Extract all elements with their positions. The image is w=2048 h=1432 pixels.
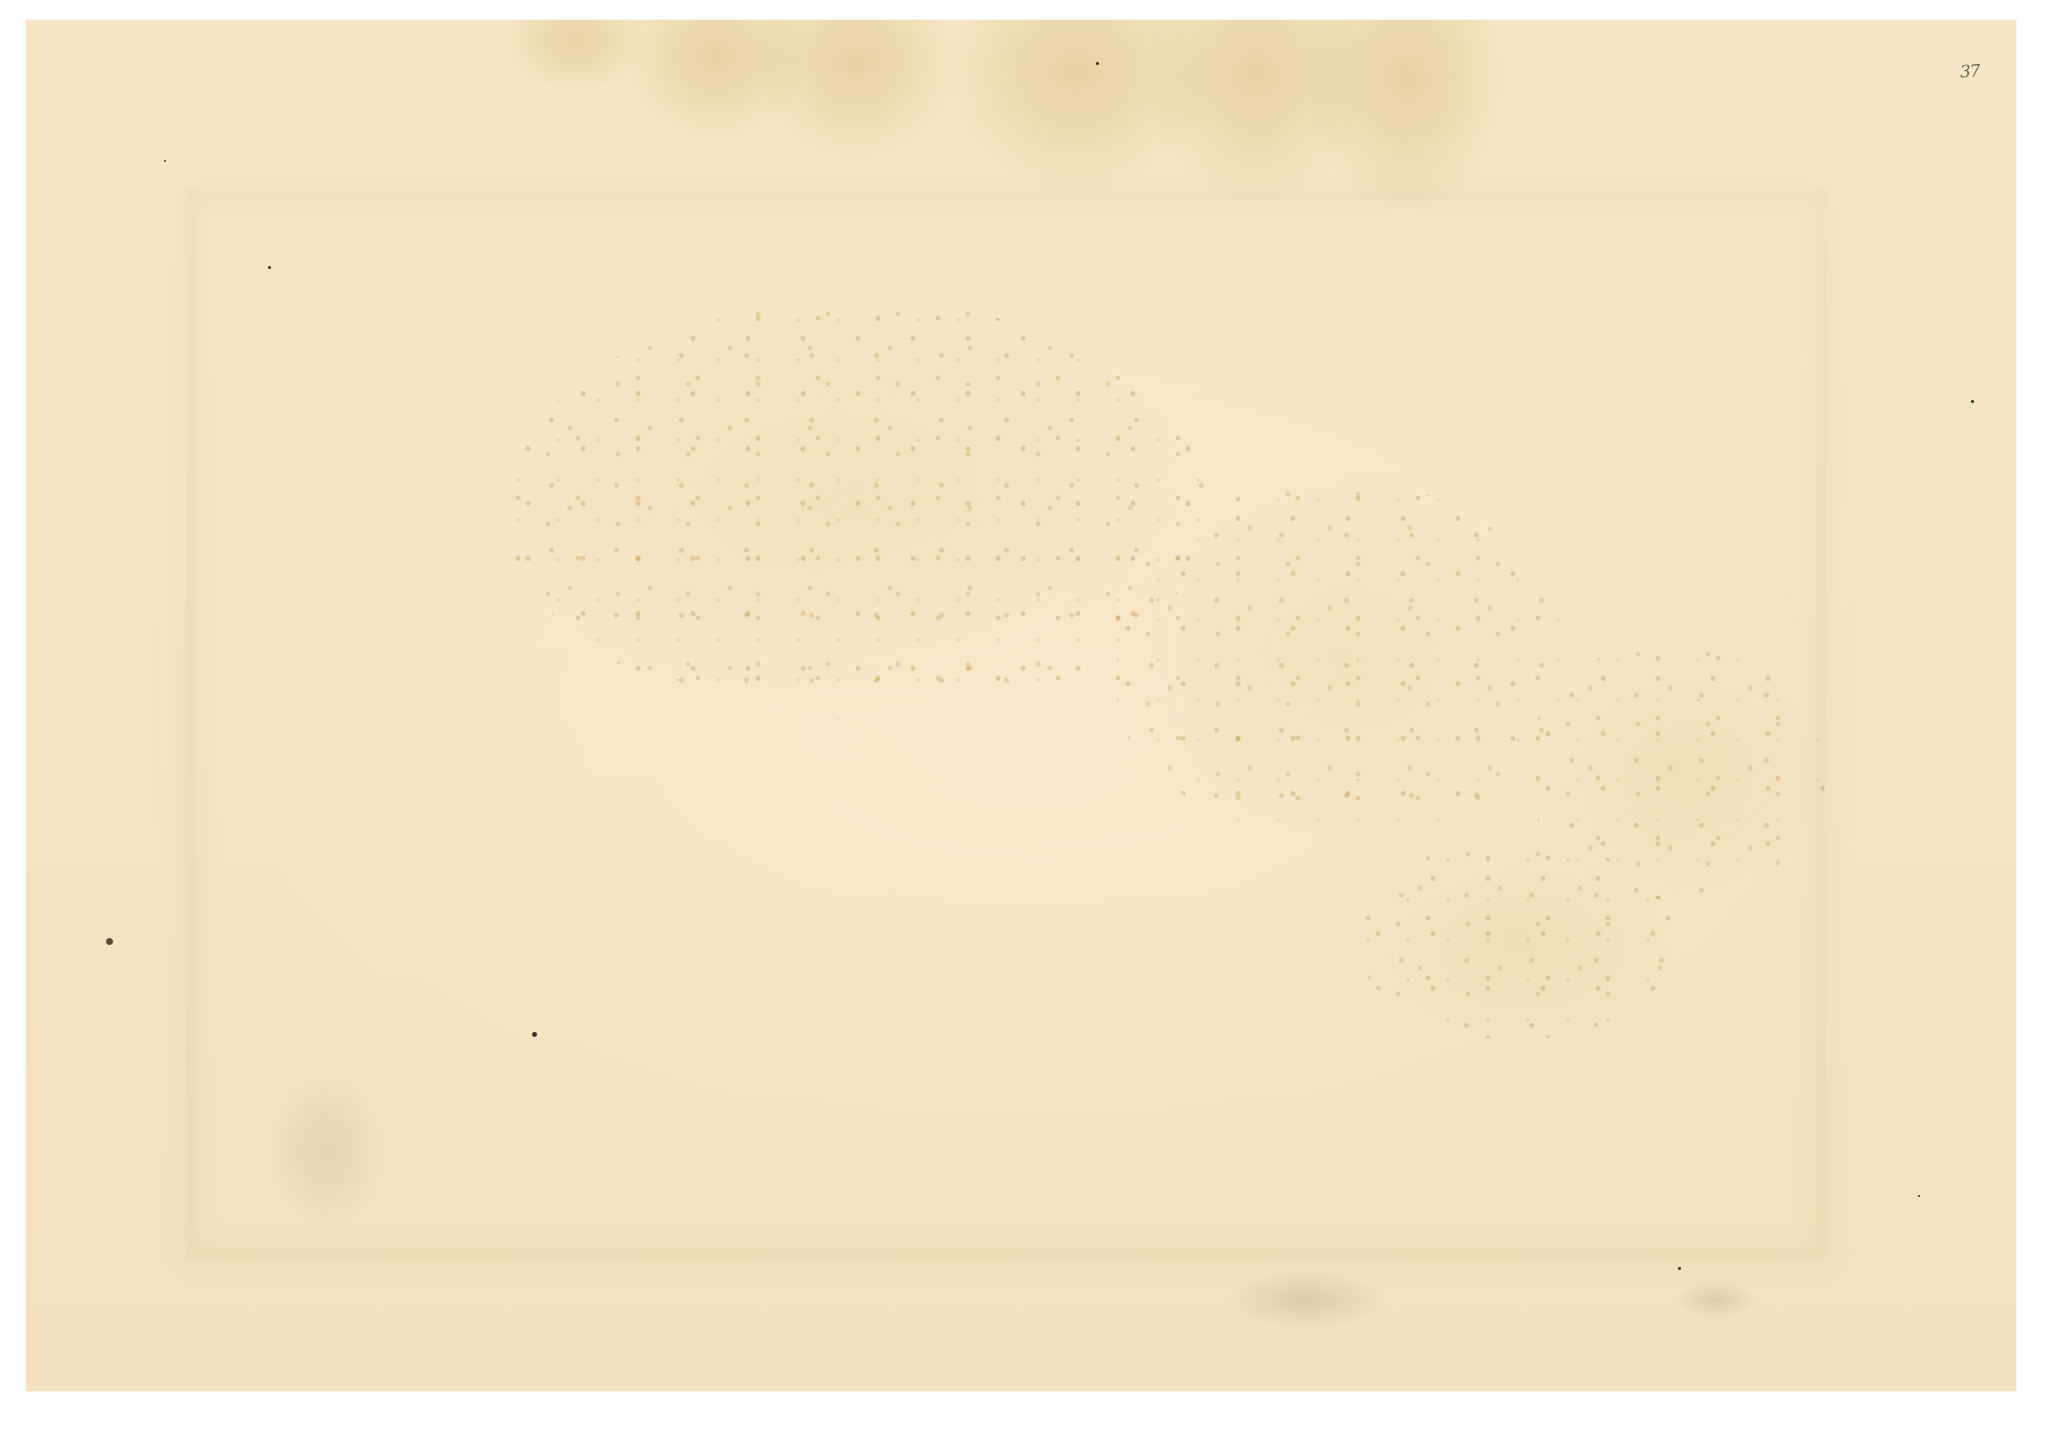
paper-sheet: 37 — [26, 20, 2016, 1391]
smudge — [1676, 1280, 1756, 1320]
smudge — [266, 1070, 386, 1230]
handwritten-page-number: 37 — [1959, 61, 1980, 82]
speck — [1971, 400, 1974, 403]
foxing-spots — [1526, 640, 1826, 900]
speck — [532, 1032, 537, 1037]
foxing-spots — [1106, 480, 1566, 840]
speck — [1678, 1267, 1681, 1270]
water-stain — [1306, 20, 1506, 210]
foxing-spots — [506, 300, 1206, 720]
speck — [164, 160, 166, 162]
water-stain — [756, 20, 956, 160]
speck — [268, 266, 271, 269]
smudge — [1226, 1270, 1386, 1330]
scan-canvas: 37 — [0, 0, 2048, 1432]
speck — [106, 938, 113, 945]
water-stain — [506, 20, 646, 90]
speck — [1096, 62, 1099, 65]
speck — [1918, 1195, 1920, 1197]
